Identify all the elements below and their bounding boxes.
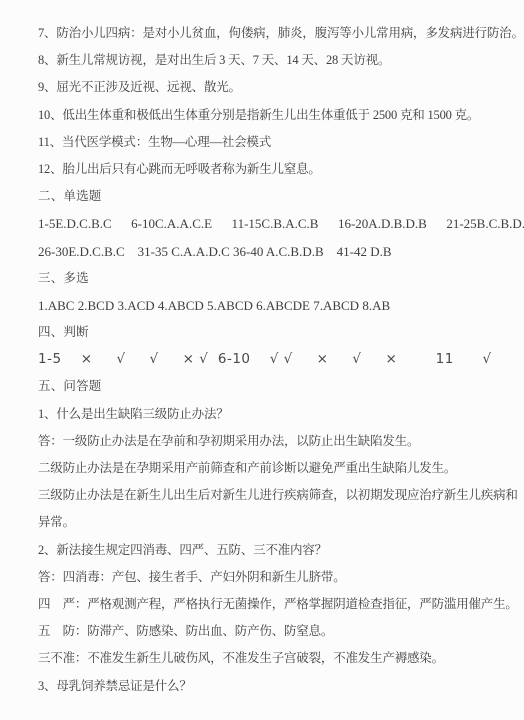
judgment-answers: 1-5 × √ √ × √ 6-10 √ √ × √ × 11 √ — [38, 352, 514, 379]
definition-item-8: 8、新生儿常规访视，是对出生后 3 天、7 天、14 天、28 天访视。 — [38, 53, 514, 80]
qa3-question: 3、母乳饲养禁忌证是什么？ — [38, 679, 514, 706]
qa1-answer-line-2: 二级防止办法是在孕期采用产前筛查和产前诊断以避免严重出生缺陷儿发生。 — [38, 461, 514, 488]
qa2-answer-line-4: 三不准：不准发生新生儿破伤风，不准发生子宫破裂，不准发生产褥感染。 — [38, 651, 514, 678]
section-heading-judgment: 四、判断 — [38, 325, 514, 352]
qa2-answer-line-3: 五 防：防滞产、防感染、防出血、防产伤、防窒息。 — [38, 624, 514, 651]
single-choice-answers-row-2: 26-30E.D.C.B.C 31-35 C.A.A.D.C 36-40 A.C… — [38, 244, 514, 271]
section-heading-qa: 五、问答题 — [38, 379, 514, 406]
qa1-answer-line-1: 答：一级防止办法是在孕前和孕初期采用办法，以防止出生缺陷发生。 — [38, 434, 514, 461]
section-heading-single-choice: 二、单选题 — [38, 189, 514, 216]
definition-item-9: 9、屈光不正涉及近视、远视、散光。 — [38, 80, 514, 107]
qa2-answer-line-2: 四 严：严格观测产程，严格执行无菌操作，严格掌握阴道检查指征，严防滥用催产生。 — [38, 597, 514, 624]
qa2-answer-line-1: 答：四消毒：产包、接生者手、产妇外阴和新生儿脐带。 — [38, 570, 514, 597]
single-choice-answers-row-1: 1-5E.D.C.B.C 6-10C.A.A.C.E 11-15C.B.A.C.… — [38, 216, 514, 243]
definition-item-11: 11、当代医学模式：生物—心理—社会模式 — [38, 135, 514, 162]
qa1-answer-line-4: 异常。 — [38, 515, 514, 542]
definition-item-10: 10、低出生体重和极低出生体重分别是指新生儿出生体重低于 2500 克和 150… — [38, 108, 514, 135]
exam-answer-sheet: 7、防治小儿四病：是对小儿贫血，佝偻病，肺炎，腹泻等小儿常用病，多发病进行防治。… — [0, 0, 524, 720]
definition-item-7: 7、防治小儿四病：是对小儿贫血，佝偻病，肺炎，腹泻等小儿常用病，多发病进行防治。 — [38, 26, 514, 53]
definition-item-12: 12、胎儿出后只有心跳而无呼吸者称为新生儿窒息。 — [38, 162, 514, 189]
qa1-question: 1、什么是出生缺陷三级防止办法？ — [38, 407, 514, 434]
qa1-answer-line-3: 三级防止办法是在新生儿出生后对新生儿进行疾病筛查，以初期发现应治疗新生儿疾病和 — [38, 488, 514, 515]
qa2-question: 2、新法接生规定四消毒、四严、五防、三不准内容？ — [38, 543, 514, 570]
multiple-choice-answers: 1.ABC 2.BCD 3.ACD 4.ABCD 5.ABCD 6.ABCDE … — [38, 298, 514, 325]
section-heading-multiple-choice: 三、多选 — [38, 271, 514, 298]
